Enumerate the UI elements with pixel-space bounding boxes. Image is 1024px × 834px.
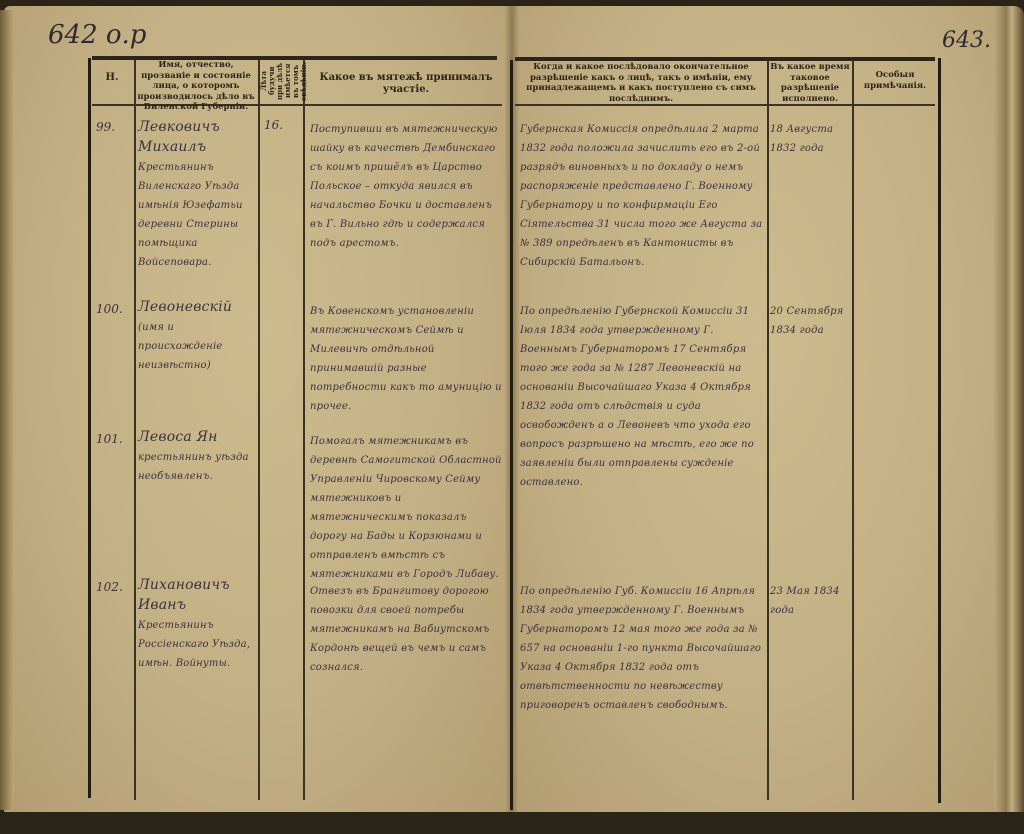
ledger-spread: 642 о.р 643. Н. Имя, отчество, прозванiе… (0, 0, 1024, 834)
col-divider (852, 60, 854, 800)
row-resolution: Губернская Комиссiя опредѣлила 2 марта 1… (520, 120, 765, 272)
left-margin-line (88, 58, 91, 798)
row-participation: Отвезъ въ Брангитову дорогою повозки для… (310, 582, 505, 677)
header-notes: Особыя примѣчанiя. (855, 70, 935, 91)
person-name: Левоса Ян (138, 429, 218, 445)
person-details: (имя и происхожденiе неизвѣстно) (138, 322, 223, 371)
header-participation: Какое въ мятежѣ принималъ участiе. (306, 72, 506, 96)
row-name: Левковичъ Михаилъ Крестьянинъ Виленскаго… (138, 118, 256, 272)
row-executed: 20 Сентября 1834 года (770, 302, 850, 340)
person-name: Левоневскiй (138, 299, 232, 315)
right-folio-number: 643. (942, 28, 991, 53)
row-participation: Помогалъ мятежникамъ въ деревнѣ Самогитс… (310, 432, 505, 584)
header-number: Н. (92, 72, 132, 84)
person-name: Левковичъ Михаилъ (138, 119, 220, 155)
row-executed: 18 Августа 1832 года (770, 120, 850, 158)
row-participation: Поступивши въ мятежническую шайку въ кач… (310, 120, 505, 253)
row-name: Левоса Ян крестьянинъ уѣзда необъявленъ. (138, 428, 256, 486)
center-line (510, 60, 513, 810)
person-details: Крестьянинъ Виленскаго Уѣзда имѣнiя Юзеф… (138, 162, 243, 268)
row-resolution: По опредѣленiю Губернской Комиссiи 31 Iю… (520, 302, 765, 492)
header-executed: Въ какое время таковое разрѣшенiе исполн… (770, 62, 850, 104)
left-page-edge (0, 10, 14, 810)
row-executed: 23 Мая 1834 года (770, 582, 850, 620)
person-details: крестьянинъ уѣзда необъявленъ. (138, 452, 249, 482)
row-name: Лихановичъ Иванъ Крестьянинъ Россiенскаг… (138, 576, 256, 673)
row-number: 100. (96, 302, 123, 316)
col-divider (258, 60, 260, 800)
row-resolution: По опредѣленiю Губ. Комиссiи 16 Апрѣля 1… (520, 582, 765, 715)
person-name: Лихановичъ Иванъ (138, 577, 230, 613)
header-years: Лѣта будучи при дѣлѣ имѣется въ томъ свѣ… (260, 60, 300, 102)
background-surface (0, 812, 1024, 834)
right-page-edge (994, 6, 1024, 826)
right-margin-line (938, 58, 941, 803)
row-years: 16. (264, 118, 283, 132)
header-name: Имя, отчество, прозванiе и состоянiе лиц… (136, 60, 256, 113)
person-details: Крестьянинъ Россiенскаго Уѣзда, имѣн. Во… (138, 620, 250, 669)
col-divider (134, 60, 136, 800)
right-header-rule (515, 104, 935, 106)
right-top-rule (515, 57, 935, 61)
row-number: 101. (96, 432, 123, 446)
col-divider (767, 60, 769, 800)
header-resolution: Когда и какое послѣдовало окончательное … (518, 62, 764, 104)
row-number: 102. (96, 580, 123, 594)
col-divider (303, 60, 305, 800)
row-participation: Въ Ковенскомъ установленiи мятежническом… (310, 302, 505, 416)
left-folio-number: 642 о.р (48, 20, 146, 50)
row-name: Левоневскiй (имя и происхожденiе неизвѣс… (138, 298, 256, 375)
row-number: 99. (96, 120, 115, 134)
